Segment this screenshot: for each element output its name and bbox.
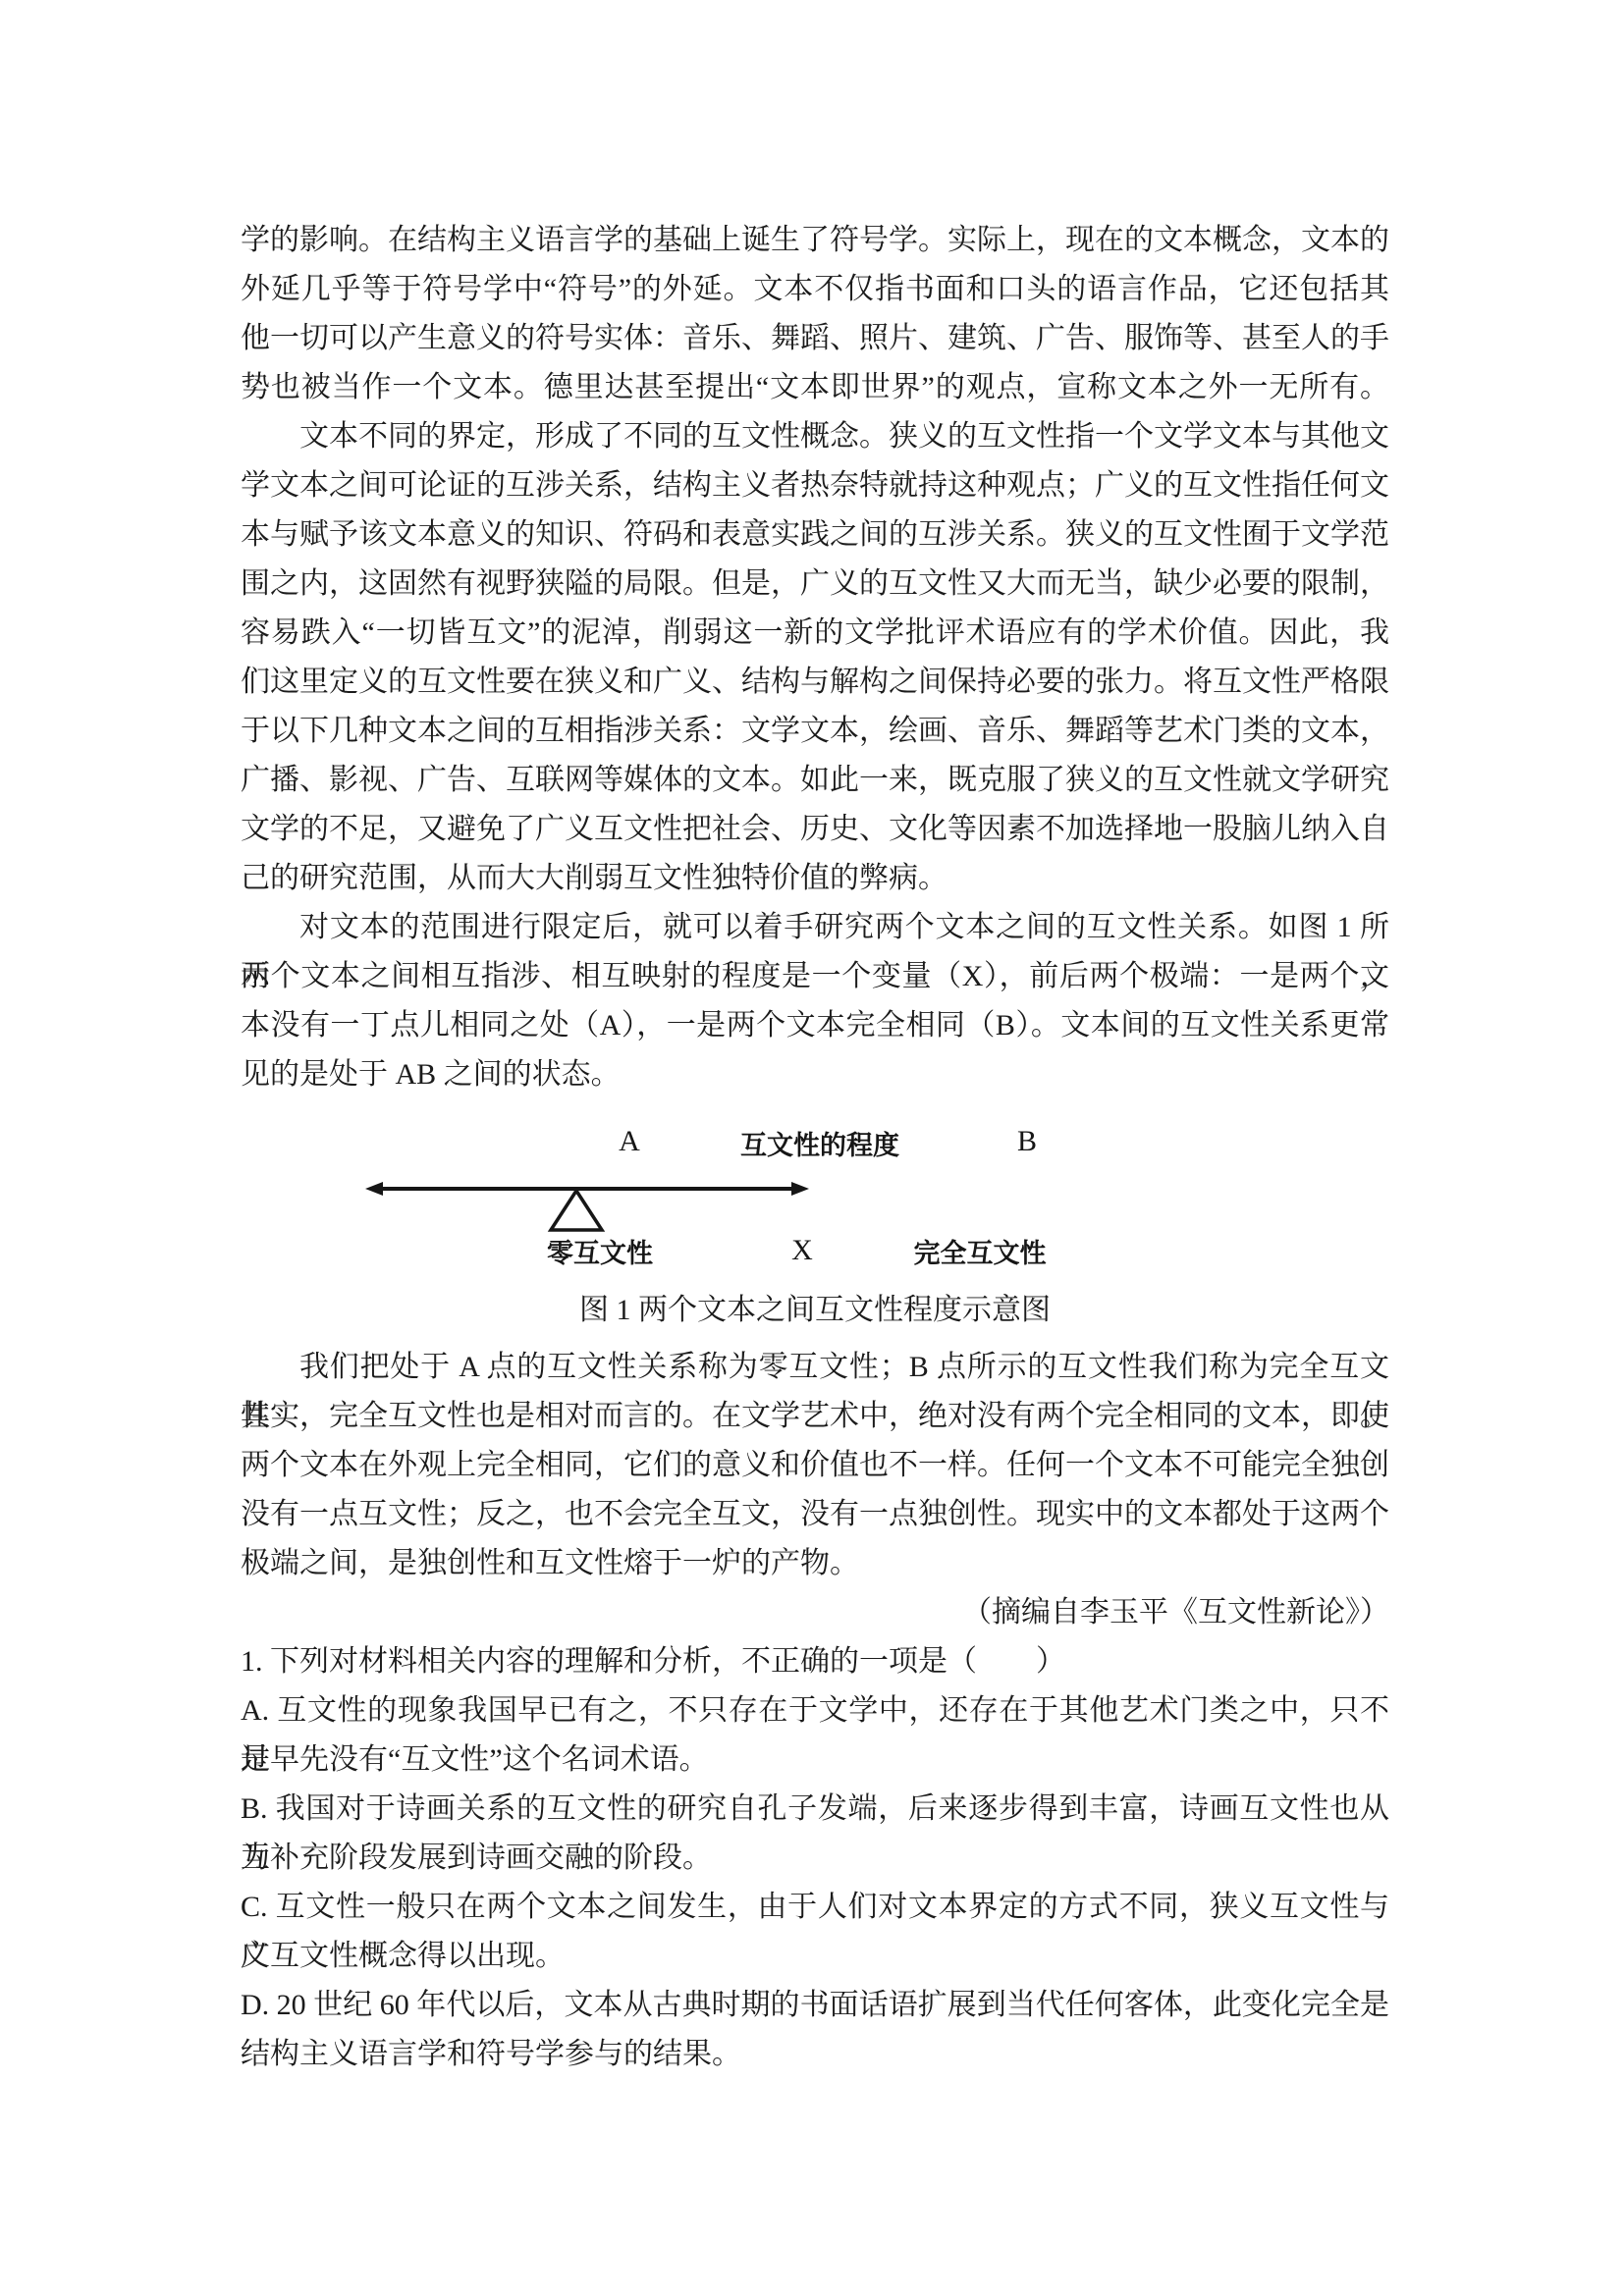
figure-x-label: X [791, 1233, 813, 1268]
text-line: 为补充阶段发展到诗画交融的阶段。 [241, 1834, 1389, 1883]
text-line: B. 我国对于诗画关系的互文性的研究自孔子发端，后来逐步得到丰富，诗画互文性也从… [241, 1785, 1389, 1834]
text-line: 他一切可以产生意义的符号实体：音乐、舞蹈、照片、建筑、广告、服饰等、甚至人的手 [241, 314, 1389, 363]
figure-point-a-label: A [619, 1124, 640, 1159]
figure-full-label: 完全互文性 [914, 1236, 1047, 1271]
option-d: D. 20 世纪 60 年代以后，文本从古典时期的书面话语扩展到当代任何客体，此… [241, 1981, 1389, 2079]
text-line: 对文本的范围进行限定后，就可以着手研究两个文本之间的互文性关系。如图 1 所示， [241, 903, 1389, 952]
text-line: 学文本之间可论证的互涉关系，结构主义者热奈特就持这种观点；广义的互文性指任何文 [241, 461, 1389, 510]
text-line: 文本不同的界定，形成了不同的互文性概念。狭义的互文性指一个文学文本与其他文 [241, 412, 1389, 461]
figure-caption: 图 1 两个文本之间互文性程度示意图 [241, 1291, 1389, 1330]
left-arrowhead-icon [365, 1182, 383, 1196]
right-arrowhead-icon [791, 1182, 809, 1196]
text-line: 广播、影视、广告、互联网等媒体的文本。如此一来，既克服了狭义的互文性就文学研究 [241, 756, 1389, 805]
text-line: 围之内，这固然有视野狭隘的局限。但是，广义的互文性又大而无当，缺少必要的限制， [241, 560, 1389, 609]
text-block: 学的影响。在结构主义语言学的基础上诞生了符号学。实际上，现在的文本概念，文本的 … [241, 216, 1389, 2079]
seesaw-axis-diagram [363, 1180, 815, 1237]
paragraph-1: 学的影响。在结构主义语言学的基础上诞生了符号学。实际上，现在的文本概念，文本的 … [241, 216, 1389, 412]
fulcrum-triangle-icon [551, 1191, 602, 1230]
option-b: B. 我国对于诗画关系的互文性的研究自孔子发端，后来逐步得到丰富，诗画互文性也从… [241, 1785, 1389, 1883]
figure-1: A 互文性的程度 B 零互文性 X 完全互文性 图 1 两个文本之间互文性程度示… [241, 1099, 1389, 1343]
document-page: 学的影响。在结构主义语言学的基础上诞生了符号学。实际上，现在的文本概念，文本的 … [0, 0, 1624, 2296]
text-line: 是早先没有“互文性”这个名词术语。 [241, 1735, 1389, 1785]
text-line: 其实，完全互文性也是相对而言的。在文学艺术中，绝对没有两个完全相同的文本，即使 [241, 1392, 1389, 1441]
text-line: 我们把处于 A 点的互文性关系称为零互文性；B 点所示的互文性我们称为完全互文性… [241, 1343, 1389, 1392]
question-stem: 1. 下列对材料相关内容的理解和分析，不正确的一项是（ ） [241, 1637, 1389, 1686]
text-line: 两个文本之间相互指涉、相互映射的程度是一个变量（X），前后两个极端：一是两个文 [241, 952, 1389, 1001]
text-line: 学的影响。在结构主义语言学的基础上诞生了符号学。实际上，现在的文本概念，文本的 [241, 216, 1389, 265]
text-line: 本与赋予该文本意义的知识、符码和表意实践之间的互涉关系。狭义的互文性囿于文学范 [241, 510, 1389, 560]
text-line: 结构主义语言学和符号学参与的结果。 [241, 2030, 1389, 2079]
text-line: 容易跌入“一切皆互文”的泥淖，削弱这一新的文学批评术语应有的学术价值。因此，我 [241, 609, 1389, 658]
text-line: 外延几乎等于符号学中“符号”的外延。文本不仅指书面和口头的语言作品，它还包括其 [241, 265, 1389, 314]
option-c: C. 互文性一般只在两个文本之间发生，由于人们对文本界定的方式不同，狭义互文性与… [241, 1883, 1389, 1981]
text-line: 见的是处于 AB 之间的状态。 [241, 1050, 1389, 1099]
text-line: 没有一点互文性；反之，也不会完全互文，没有一点独创性。现实中的文本都处于这两个 [241, 1490, 1389, 1539]
text-line: C. 互文性一般只在两个文本之间发生，由于人们对文本界定的方式不同，狭义互文性与… [241, 1883, 1389, 1932]
text-line: 己的研究范围，从而大大削弱互文性独特价值的弊病。 [241, 854, 1389, 903]
figure-zero-label: 零互文性 [547, 1236, 653, 1271]
paragraph-4: 我们把处于 A 点的互文性关系称为零互文性；B 点所示的互文性我们称为完全互文性… [241, 1343, 1389, 1588]
text-line: A. 互文性的现象我国早已有之，不只存在于文学中，还存在于其他艺术门类之中，只不… [241, 1686, 1389, 1735]
figure-point-b-label: B [1017, 1124, 1037, 1159]
text-line: 两个文本在外观上完全相同，它们的意义和价值也不一样。任何一个文本不可能完全独创 [241, 1441, 1389, 1490]
text-line: 于以下几种文本之间的互相指涉关系：文学文本，绘画、音乐、舞蹈等艺术门类的文本， [241, 707, 1389, 756]
question-1: 1. 下列对材料相关内容的理解和分析，不正确的一项是（ ） A. 互文性的现象我… [241, 1637, 1389, 2079]
figure-axis-title: 互文性的程度 [740, 1128, 899, 1163]
text-line: 义互文性概念得以出现。 [241, 1932, 1389, 1981]
text-line: 文学的不足，又避免了广义互文性把社会、历史、文化等因素不加选择地一股脑儿纳入自 [241, 805, 1389, 854]
option-a: A. 互文性的现象我国早已有之，不只存在于文学中，还存在于其他艺术门类之中，只不… [241, 1686, 1389, 1785]
text-line: 们这里定义的互文性要在狭义和广义、结构与解构之间保持必要的张力。将互文性严格限 [241, 658, 1389, 707]
text-line: 势也被当作一个文本。德里达甚至提出“文本即世界”的观点，宣称文本之外一无所有。 [241, 363, 1389, 412]
paragraph-2: 文本不同的界定，形成了不同的互文性概念。狭义的互文性指一个文学文本与其他文 学文… [241, 412, 1389, 903]
text-line: 本没有一丁点儿相同之处（A），一是两个文本完全相同（B）。文本间的互文性关系更常 [241, 1001, 1389, 1050]
text-line: 极端之间，是独创性和互文性熔于一炉的产物。 [241, 1539, 1389, 1588]
text-line: D. 20 世纪 60 年代以后，文本从古典时期的书面话语扩展到当代任何客体，此… [241, 1981, 1389, 2030]
paragraph-3: 对文本的范围进行限定后，就可以着手研究两个文本之间的互文性关系。如图 1 所示，… [241, 903, 1389, 1099]
attribution: （摘编自李玉平《互文性新论》） [241, 1588, 1389, 1637]
